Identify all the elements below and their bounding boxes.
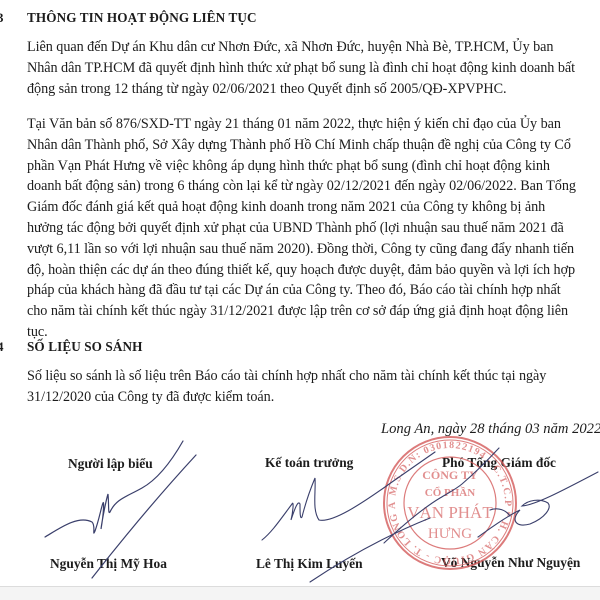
section-4-number: 4: [0, 339, 14, 355]
section-3-title: THÔNG TIN HOẠT ĐỘNG LIÊN TỤC: [27, 10, 257, 26]
stamp-line: HƯNG: [428, 526, 472, 542]
paragraph-line: doanh bất động sản) trong 6 tháng còn lạ…: [27, 176, 600, 197]
document-page: 3 THÔNG TIN HOẠT ĐỘNG LIÊN TỤC Liên quan…: [0, 0, 600, 586]
section-4-title: SỐ LIỆU SO SÁNH: [27, 339, 142, 355]
section-3-paragraph-1: Liên quan đến Dự án Khu dân cư Nhơn Đức,…: [27, 37, 600, 99]
paragraph-line: Nhân dân TP.HCM đã quyết định hình thức …: [27, 58, 600, 79]
paragraph-line: pháp của khách hàng đã đầu tư tại các Dự…: [27, 280, 600, 301]
chief-accountant-name: Lê Thị Kim Luyến: [256, 556, 363, 572]
deputy-director-role: Phó Tổng Giám đốc: [442, 455, 556, 471]
preparer-role: Người lập biểu: [68, 456, 153, 472]
page-bottom-edge: [0, 586, 600, 600]
paragraph-line: Tại Văn bản số 876/SXD-TT ngày 21 tháng …: [27, 114, 600, 135]
place-date: Long An, ngày 28 tháng 03 năm 2022: [381, 421, 600, 438]
paragraph-line: vượt 6,11 lần so với lợi nhuận sau thuế …: [27, 239, 600, 260]
stamp-line: CỔ PHẦN: [425, 486, 475, 499]
chief-accountant-role: Kế toán trưởng: [265, 455, 353, 471]
paragraph-line: Liên quan đến Dự án Khu dân cư Nhơn Đức,…: [27, 37, 600, 58]
section-4-paragraph-1: Số liệu so sánh là số liệu trên Báo cáo …: [27, 366, 600, 408]
paragraph-line: cho năm tài chính kết thúc ngày 31/12/20…: [27, 301, 600, 322]
preparer-name: Nguyễn Thị Mỹ Hoa: [50, 556, 167, 572]
paragraph-line: Nhân dân Thành phố, Sở Xây dựng Thành ph…: [27, 135, 600, 156]
section-3-paragraph-2: Tại Văn bản số 876/SXD-TT ngày 21 tháng …: [27, 114, 600, 343]
paragraph-line: 31/12/2020 của Công ty đã được kiểm toán…: [27, 387, 600, 408]
stamp-line: VẠN PHÁT: [407, 503, 493, 522]
paragraph-line: phần Vạn Phát Hưng về việc không áp dụng…: [27, 156, 600, 177]
paragraph-line: độ, hoàn thiện các dự án theo đúng thiết…: [27, 260, 600, 281]
paragraph-line: Số liệu so sánh là số liệu trên Báo cáo …: [27, 366, 600, 387]
paragraph-line: Giám đốc đánh giá kết quả hoạt động kinh…: [27, 197, 600, 218]
section-3-number: 3: [0, 10, 14, 26]
paragraph-line: động sản trong 12 tháng từ ngày 02/06/20…: [27, 79, 600, 100]
paragraph-line: hưởng tác động bởi quyết định xử phạt củ…: [27, 218, 600, 239]
deputy-director-name: Võ Nguyễn Như Nguyện: [441, 555, 580, 571]
